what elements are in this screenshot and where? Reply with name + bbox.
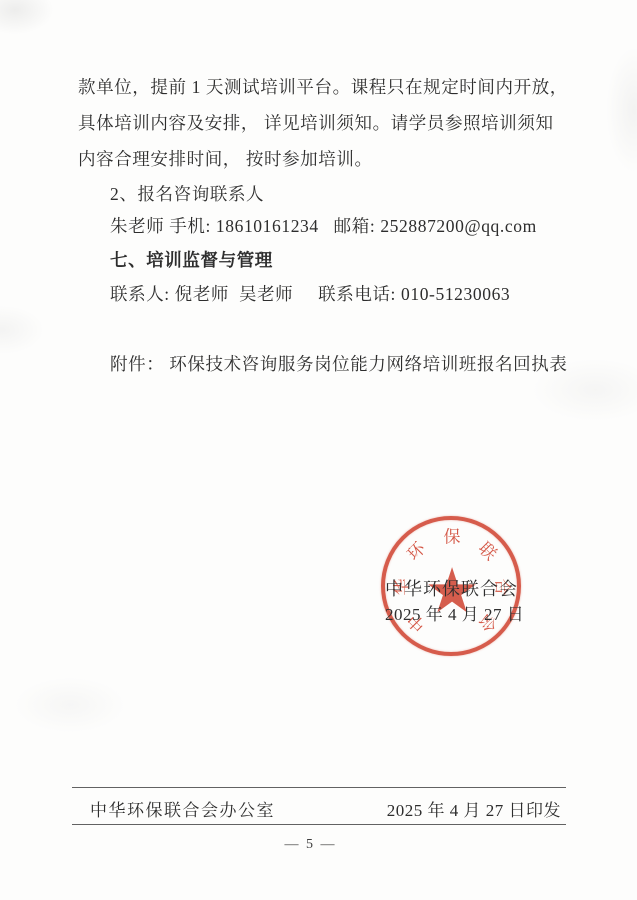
section-heading: 七、培训监督与管理 — [110, 248, 273, 272]
footer-office: 中华环保联合会办公室 — [90, 796, 275, 821]
paragraph-line: 具体培训内容及安排， 详见培训须知。请学员参照培训须知 — [78, 111, 554, 135]
footer-rule-top — [72, 787, 566, 788]
attachment-line: 附件： 环保技术咨询服务岗位能力网络培训班报名回执表 — [110, 352, 567, 376]
paragraph-line: 内容合理安排时间， 按时参加培训。 — [78, 147, 373, 171]
document-page: 款单位，提前 1 天测试培训平台。课程只在规定时间内开放， 具体培训内容及安排，… — [0, 0, 637, 900]
paragraph-line: 款单位，提前 1 天测试培训平台。课程只在规定时间内开放， — [78, 75, 568, 99]
enroll-contact-line: 朱老师 手机: 18610161234 邮箱: 252887200@qq.com — [110, 214, 537, 238]
footer-rule-bottom — [72, 824, 566, 825]
signature-date: 2025 年 4 月 27 日 — [385, 600, 524, 625]
footer-print-date: 2025 年 4 月 27 日印发 — [387, 796, 561, 821]
enroll-contact-label: 2、报名咨询联系人 — [110, 182, 264, 206]
supervision-contact-line: 联系人: 倪老师 吴老师 联系电话: 010-51230063 — [110, 282, 510, 306]
signature-org: 中华环保联合会 — [385, 575, 518, 601]
seal-arc-char: 保 — [444, 523, 461, 548]
page-number: — 5 — — [0, 837, 621, 853]
